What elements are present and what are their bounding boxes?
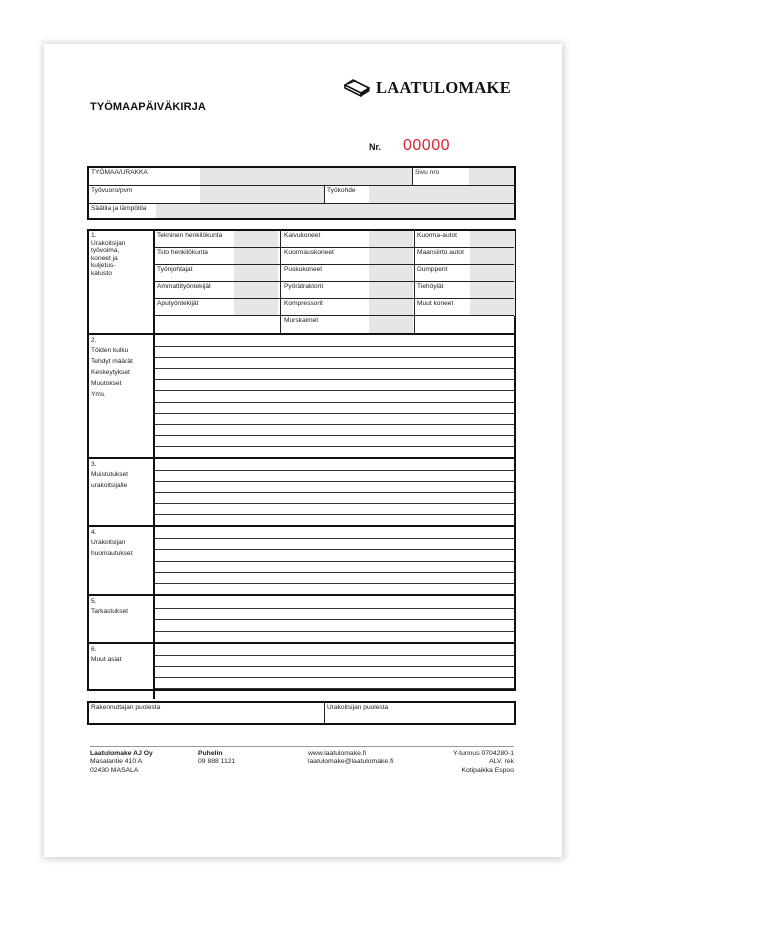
- footer-phone-label: Puhelin: [198, 750, 223, 757]
- number-label: Nr.: [369, 142, 381, 152]
- writing-line[interactable]: [155, 446, 514, 447]
- document-number: 00000: [403, 137, 450, 155]
- writing-line[interactable]: [155, 677, 514, 678]
- writing-line[interactable]: [155, 402, 514, 403]
- resource-label: [415, 316, 470, 333]
- writing-line[interactable]: [155, 619, 514, 620]
- field-input-saatila[interactable]: [156, 204, 514, 218]
- signature-contractor[interactable]: Urakoitsijan puolesta: [325, 703, 514, 723]
- resource-label: Tsto henkilökunta: [155, 248, 235, 265]
- writing-line[interactable]: [155, 503, 514, 504]
- resource-label: Murskaimet: [282, 316, 369, 333]
- writing-line[interactable]: [155, 368, 514, 369]
- section-4: 4.Urakoitsijanhuomautukset: [89, 527, 514, 594]
- footer-email[interactable]: laatulomake@laatulomake.fi: [308, 758, 394, 766]
- section-3: 3.Muistutukseturakoitsijalle: [89, 459, 514, 525]
- resource-label: Dumpperit: [415, 265, 470, 282]
- field-label-tyokohde: Työkohde: [325, 186, 369, 203]
- section-label-line: Töiden kulku: [91, 345, 152, 356]
- resource-count-input[interactable]: [234, 282, 278, 299]
- resource-label: Maansiirto autot: [415, 248, 470, 265]
- resource-count-input[interactable]: [470, 231, 515, 248]
- resource-count-input[interactable]: [470, 299, 515, 316]
- resource-count-input[interactable]: [369, 265, 413, 282]
- writing-line[interactable]: [155, 608, 514, 609]
- form-page: TYÖMAAPÄIVÄKIRJA LAATULOMAKE Nr. 00000 T…: [44, 44, 562, 857]
- footer-legal: Y-tunnus 0704280-1 ALV. rek Kotipaikka E…: [453, 750, 514, 775]
- resource-count-input[interactable]: [470, 282, 515, 299]
- field-input-tyomaa[interactable]: [200, 168, 412, 185]
- resource-label: Kaivukoneet: [282, 231, 369, 248]
- writing-line[interactable]: [155, 583, 514, 584]
- writing-line[interactable]: [155, 492, 514, 493]
- writing-line[interactable]: [155, 655, 514, 656]
- section-label-line: huomautukset: [91, 548, 152, 559]
- resource-label: [155, 316, 235, 333]
- section-label-line: Yms.: [91, 389, 152, 400]
- section-5-label: 5.Tarkastukset: [89, 596, 153, 642]
- resource-count-input[interactable]: [470, 265, 515, 282]
- footer-phone: Puhelin 09 888 1121: [198, 750, 235, 767]
- writing-line[interactable]: [155, 666, 514, 667]
- footer-website[interactable]: www.laatulomake.fi: [308, 750, 394, 758]
- writing-line[interactable]: [155, 379, 514, 380]
- field-input-tyokohde[interactable]: [369, 186, 514, 203]
- writing-line[interactable]: [155, 470, 514, 471]
- section-6-label: 6.Muut asiat: [89, 644, 153, 699]
- footer-domicile: Kotipaikka Espoo: [453, 767, 514, 775]
- writing-line[interactable]: [155, 424, 514, 425]
- section-1-label: 1.Urakoitsijantyövoima,koneet jakuljetus…: [89, 231, 153, 333]
- resource-count-input[interactable]: [234, 299, 278, 316]
- resource-label: Tiehöylät: [415, 282, 470, 299]
- resource-label: Pyörätraktorit: [282, 282, 369, 299]
- section-label-line: Muistutukset: [91, 469, 152, 480]
- resource-label: Ammattityöntekijät: [155, 282, 235, 299]
- section-label-line: kalusto: [91, 270, 152, 278]
- resource-label: Työnjohtajat: [155, 265, 235, 282]
- field-label-tyomaa: TYÖMAA/URAKKA: [89, 168, 200, 185]
- field-label-sivu: Sivu nro: [413, 168, 469, 185]
- section-4-label: 4.Urakoitsijanhuomautukset: [89, 527, 153, 594]
- brand-name: LAATULOMAKE: [376, 78, 511, 98]
- resource-label: Kompressorit: [282, 299, 369, 316]
- resource-label: Puskukoneet: [282, 265, 369, 282]
- section-3-label: 3.Muistutukseturakoitsijalle: [89, 459, 153, 525]
- section-6: 6.Muut asiat: [89, 644, 514, 699]
- section-label-line: kuljetus-: [91, 262, 152, 270]
- field-label-tyovuoro: Työvuoro/pvm: [89, 186, 200, 203]
- resource-count-input[interactable]: [234, 265, 278, 282]
- resource-count-input[interactable]: [470, 316, 515, 333]
- writing-line[interactable]: [155, 357, 514, 358]
- section-number: 3.: [91, 460, 152, 469]
- resource-count-input[interactable]: [369, 248, 413, 265]
- resource-label: Kuormauskoneet: [282, 248, 369, 265]
- header-table: TYÖMAA/URAKKA Sivu nro Työvuoro/pvm Työk…: [87, 166, 516, 220]
- brand-logo: LAATULOMAKE: [344, 78, 511, 98]
- resource-label: Tekninen henkilökunta: [155, 231, 235, 248]
- section-label-line: Tehdyt määrät: [91, 356, 152, 367]
- section-label-line: Keskeytykset: [91, 367, 152, 378]
- footer-company-name: Laatulomake AJ Oy: [90, 750, 153, 757]
- book-stack-icon: [344, 79, 370, 97]
- resource-label: Aputyöntekijät: [155, 299, 235, 316]
- writing-line[interactable]: [155, 514, 514, 515]
- footer-company: Laatulomake AJ Oy Masalantie 410 A 02430…: [90, 750, 153, 775]
- writing-line[interactable]: [155, 688, 514, 689]
- resource-count-input[interactable]: [234, 231, 278, 248]
- section-number: 4.: [91, 528, 152, 537]
- resource-label: Muut koneet: [415, 299, 470, 316]
- sections-table: 1.Urakoitsijantyövoima,koneet jakuljetus…: [87, 229, 516, 691]
- section-label-line: työvoima,: [91, 247, 152, 255]
- section-label-line: Urakoitsijan: [91, 240, 152, 248]
- writing-line[interactable]: [155, 481, 514, 482]
- footer-address1: Masalantie 410 A: [90, 758, 153, 766]
- section-label-line: Urakoitsijan: [91, 537, 152, 548]
- field-input-tyovuoro[interactable]: [200, 186, 324, 203]
- writing-line[interactable]: [155, 572, 514, 573]
- section-label-line: koneet ja: [91, 255, 152, 263]
- section-label-line: Muutokset: [91, 378, 152, 389]
- resource-label: Kuorma-autot: [415, 231, 470, 248]
- footer-address2: 02430 MASALA: [90, 767, 153, 775]
- footer-divider: [90, 746, 514, 747]
- writing-line[interactable]: [155, 346, 514, 347]
- section-2: 2.Töiden kulkuTehdyt määrätKeskeytyksetM…: [89, 335, 514, 457]
- footer-web: www.laatulomake.fi laatulomake@laatuloma…: [308, 750, 394, 767]
- signature-client[interactable]: Rakennuttajan puolesta: [89, 703, 324, 723]
- resource-count-input[interactable]: [470, 248, 515, 265]
- writing-line[interactable]: [155, 561, 514, 562]
- section-2-label: 2.Töiden kulkuTehdyt määrätKeskeytyksetM…: [89, 335, 153, 457]
- footer-vat: ALV. rek: [453, 758, 514, 766]
- footer-business-id: Y-tunnus 0704280-1: [453, 750, 514, 758]
- section-label-line: Muut asiat: [91, 654, 152, 665]
- footer-phone-number: 09 888 1121: [198, 758, 235, 766]
- resource-count-input[interactable]: [234, 248, 278, 265]
- resource-count-input[interactable]: [369, 299, 413, 316]
- resource-count-input[interactable]: [369, 316, 413, 333]
- resource-count-input[interactable]: [234, 316, 278, 333]
- section-label-line: urakoitsijalle: [91, 480, 152, 491]
- field-label-saatila: Säätila ja lämpötila: [89, 204, 156, 218]
- resource-count-input[interactable]: [369, 282, 413, 299]
- writing-line[interactable]: [155, 390, 514, 391]
- section-label-line: Tarkastukset: [91, 606, 152, 617]
- writing-line[interactable]: [155, 549, 514, 550]
- section-number: 2.: [91, 336, 152, 345]
- document-title: TYÖMAAPÄIVÄKIRJA: [90, 101, 206, 113]
- section-number: 5.: [91, 597, 152, 606]
- field-input-sivu[interactable]: [469, 168, 514, 185]
- signature-box: Rakennuttajan puolesta Urakoitsijan puol…: [87, 701, 516, 725]
- writing-line[interactable]: [155, 631, 514, 632]
- section-number: 1.: [91, 232, 152, 240]
- section-5: 5.Tarkastukset: [89, 596, 514, 642]
- section-1: 1.Urakoitsijantyövoima,koneet jakuljetus…: [89, 231, 514, 333]
- resource-count-input[interactable]: [369, 231, 413, 248]
- writing-line[interactable]: [155, 538, 514, 539]
- writing-line[interactable]: [155, 435, 514, 436]
- section-number: 6.: [91, 645, 152, 654]
- writing-line[interactable]: [155, 413, 514, 414]
